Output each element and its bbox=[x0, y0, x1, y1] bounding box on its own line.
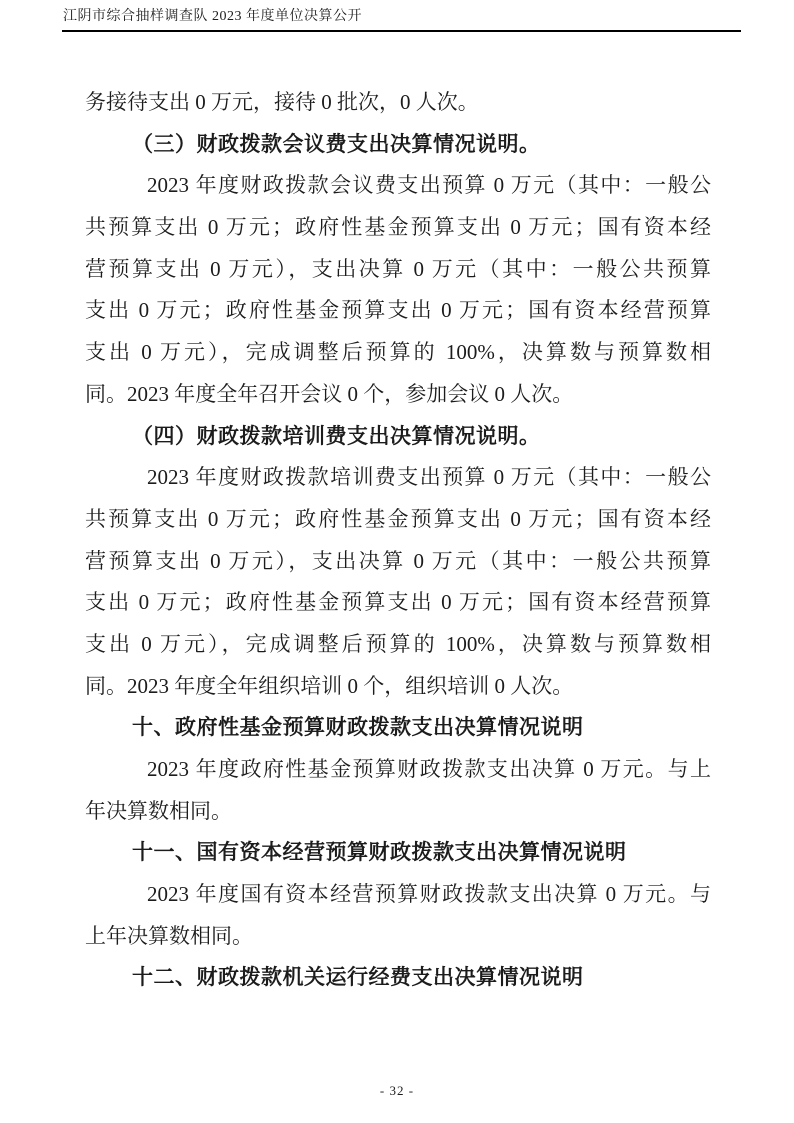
paragraph-line: 2023 年度财政拨款会议费支出预算 0 万元（其中：一般公 bbox=[85, 165, 711, 207]
paragraph-line: 2023 年度财政拨款培训费支出预算 0 万元（其中：一般公 bbox=[85, 457, 711, 499]
paragraph-line: 上年决算数相同。 bbox=[85, 916, 711, 958]
paragraph-line: 支出 0 万元；政府性基金预算支出 0 万元；国有资本经营预算 bbox=[85, 582, 711, 624]
section-heading: 十一、国有资本经营预算财政拨款支出决算情况说明 bbox=[85, 832, 711, 874]
header-rule bbox=[62, 30, 741, 32]
paragraph-line: 共预算支出 0 万元；政府性基金预算支出 0 万元；国有资本经 bbox=[85, 207, 711, 249]
paragraph-line: 支出 0 万元），完成调整后预算的 100%，决算数与预算数相 bbox=[85, 624, 711, 666]
paragraph-line: 同。2023 年度全年组织培训 0 个，组织培训 0 人次。 bbox=[85, 666, 711, 708]
paragraph-line: 支出 0 万元；政府性基金预算支出 0 万元；国有资本经营预算 bbox=[85, 290, 711, 332]
paragraph-line: 同。2023 年度全年召开会议 0 个，参加会议 0 人次。 bbox=[85, 374, 711, 416]
document-page: 江阴市综合抽样调查队 2023 年度单位决算公开 务接待支出 0 万元，接待 0… bbox=[0, 0, 794, 1123]
section-heading: （三）财政拨款会议费支出决算情况说明。 bbox=[85, 124, 711, 166]
page-header-title: 江阴市综合抽样调查队 2023 年度单位决算公开 bbox=[63, 6, 743, 28]
paragraph-line: 支出 0 万元），完成调整后预算的 100%，决算数与预算数相 bbox=[85, 332, 711, 374]
section-heading: （四）财政拨款培训费支出决算情况说明。 bbox=[85, 416, 711, 458]
paragraph-line: 营预算支出 0 万元），支出决算 0 万元（其中：一般公共预算 bbox=[85, 249, 711, 291]
section-heading: 十、政府性基金预算财政拨款支出决算情况说明 bbox=[85, 707, 711, 749]
paragraph-line: 共预算支出 0 万元；政府性基金预算支出 0 万元；国有资本经 bbox=[85, 499, 711, 541]
page-number: - 32 - bbox=[0, 1081, 794, 1101]
paragraph-line: 2023 年度政府性基金预算财政拨款支出决算 0 万元。与上 bbox=[85, 749, 711, 791]
document-body: 务接待支出 0 万元，接待 0 批次，0 人次。（三）财政拨款会议费支出决算情况… bbox=[85, 82, 711, 999]
paragraph-line: 年决算数相同。 bbox=[85, 791, 711, 833]
paragraph-line: 营预算支出 0 万元），支出决算 0 万元（其中：一般公共预算 bbox=[85, 541, 711, 583]
paragraph-line: 2023 年度国有资本经营预算财政拨款支出决算 0 万元。与 bbox=[85, 874, 711, 916]
section-heading: 十二、财政拨款机关运行经费支出决算情况说明 bbox=[85, 957, 711, 999]
paragraph-line: 务接待支出 0 万元，接待 0 批次，0 人次。 bbox=[85, 82, 711, 124]
